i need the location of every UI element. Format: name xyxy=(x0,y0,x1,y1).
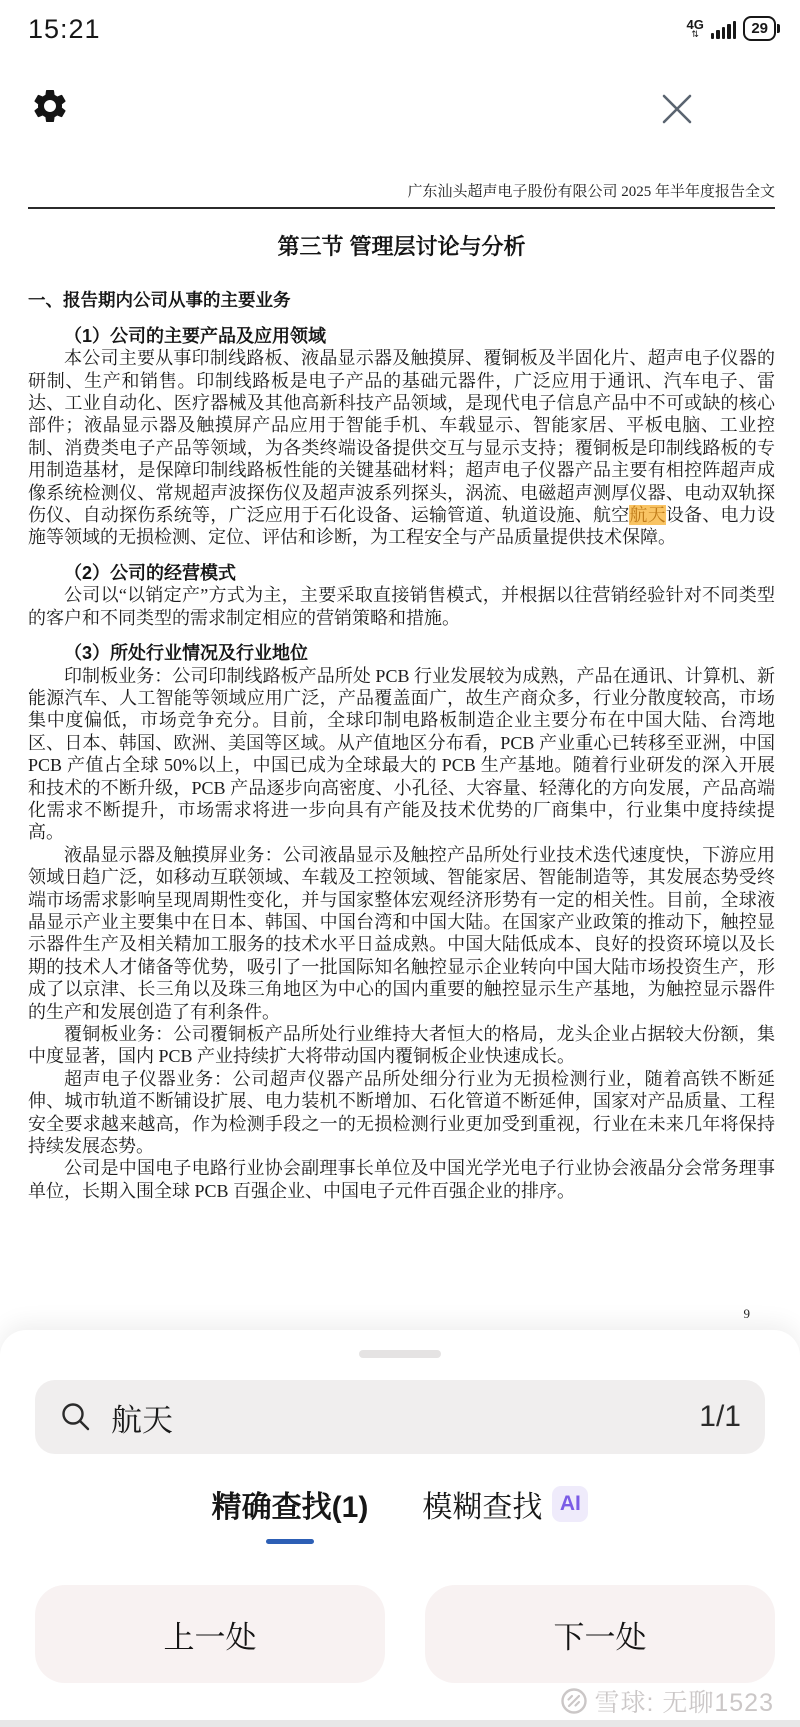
close-icon xyxy=(658,90,696,128)
search-hit-highlight: 航天 xyxy=(629,505,665,525)
search-input[interactable] xyxy=(109,1398,699,1436)
subsection-3-heading: （3）所处行业情况及行业地位 xyxy=(28,642,775,664)
section-heading: 一、报告期内公司从事的主要业务 xyxy=(28,289,775,311)
paragraph-ccl-industry: 覆铜板业务：公司覆铜板产品所处行业维持大者恒大的格局，龙头企业占据较大份额，集中… xyxy=(28,1023,775,1068)
magnifier-icon xyxy=(59,1400,93,1434)
search-mode-tabs: 精确查找(1) 模糊查找 AI xyxy=(0,1482,800,1544)
paragraph-ultrasonic-industry: 超声电子仪器业务：公司超声仪器产品所处细分行业为无损检测行业，随着高铁不断延伸、… xyxy=(28,1068,775,1158)
toolbar xyxy=(0,70,800,140)
paragraph-association: 公司是中国电子电路行业协会副理事长单位及中国光学光电子行业协会液晶分会常务理事单… xyxy=(28,1157,775,1202)
previous-match-button[interactable]: 上一处 xyxy=(35,1585,385,1683)
paragraph-text: 本公司主要从事印制线路板、液晶显示器及触摸屏、覆铜板及半固化片、超声电子仪器的研… xyxy=(28,348,775,525)
paragraph-lcd-industry: 液晶显示器及触摸屏业务：公司液晶显示及触控产品所处行业技术迭代速度快，下游应用领… xyxy=(28,844,775,1023)
sheet-drag-handle[interactable] xyxy=(359,1350,441,1358)
page-number: 9 xyxy=(744,1306,751,1322)
network-type-icon: 4G ⇅ xyxy=(686,18,703,39)
search-bar[interactable]: 1/1 xyxy=(35,1380,765,1454)
sheet-bottom-edge xyxy=(0,1720,800,1727)
paragraph-pcb-industry: 印制板业务：公司印制线路板产品所处 PCB 行业发展较为成熟，产品在通讯、计算机… xyxy=(28,665,775,844)
active-tab-indicator xyxy=(266,1539,314,1544)
ai-badge: AI xyxy=(552,1486,588,1522)
subsection-2-heading: （2）公司的经营模式 xyxy=(28,562,775,584)
battery-icon: 29 xyxy=(743,16,780,41)
clock: 15:21 xyxy=(28,14,101,45)
xueqiu-logo-icon xyxy=(560,1687,588,1715)
match-counter: 1/1 xyxy=(699,1400,741,1434)
paragraph-business-model: 公司以“以销定产”方式为主，主要采取直接销售模式，并根据以往营销经验针对不同类型… xyxy=(28,584,775,629)
tab-fuzzy-find[interactable]: 模糊查找 AI xyxy=(422,1482,588,1526)
watermark-text: 雪球: 无聊1523 xyxy=(594,1683,774,1719)
battery-percent: 29 xyxy=(743,16,776,41)
subsection-1-heading: （1）公司的主要产品及应用领域 xyxy=(28,325,775,347)
reader-screen: 15:21 4G ⇅ 29 xyxy=(0,0,800,1727)
settings-button[interactable] xyxy=(30,86,70,126)
tab-exact-find[interactable]: 精确查找(1) xyxy=(212,1482,369,1544)
status-bar: 15:21 4G ⇅ 29 xyxy=(0,0,800,60)
close-button[interactable] xyxy=(658,90,696,128)
status-indicators: 4G ⇅ 29 xyxy=(686,16,780,41)
chapter-title: 第三节 管理层讨论与分析 xyxy=(28,236,775,258)
gear-icon xyxy=(30,86,70,126)
watermark: 雪球: 无聊1523 xyxy=(560,1683,774,1719)
header-divider xyxy=(28,207,775,209)
paragraph-products: 本公司主要从事印制线路板、液晶显示器及触摸屏、覆铜板及半固化片、超声电子仪器的研… xyxy=(28,347,775,549)
document-page: 广东汕头超声电子股份有限公司 2025 年半年度报告全文 第三节 管理层讨论与分… xyxy=(28,182,775,1202)
document-running-header: 广东汕头超声电子股份有限公司 2025 年半年度报告全文 xyxy=(28,182,775,202)
signal-bars-icon xyxy=(711,19,737,39)
search-bottom-sheet: 1/1 精确查找(1) 模糊查找 AI 上一处 下一处 雪球: 无聊1523 xyxy=(0,1330,800,1727)
next-match-button[interactable]: 下一处 xyxy=(425,1585,775,1683)
